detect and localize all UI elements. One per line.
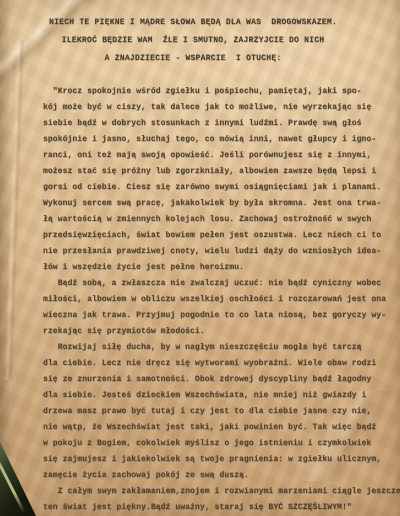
text-line: się zajmujesz i jakiekolwiek są twoje pr… <box>43 452 395 468</box>
text-line: ranci, oni też mają swoją opowieść. Jeśl… <box>43 148 395 164</box>
text-line: dla ciebie. Lecz nie dręcz się wytworami… <box>43 356 395 372</box>
text-line: Wykonuj sercem swą pracę, jakakolwiek by… <box>43 196 395 212</box>
text-line: w pokoju z Bogiem, cokolwiek myślisz o j… <box>43 436 395 452</box>
text-line: gorsi od ciebie. Ciesz się zarówno swymi… <box>43 180 395 196</box>
dark-corner-object <box>0 442 36 516</box>
text-line: się ze znurzenia i samotności. Obok zdro… <box>43 372 395 388</box>
text-line: ten świat jest piękny.Bądź uważny, stara… <box>43 500 395 516</box>
text-line: kój może być w ciszy, tak dalece jak to … <box>43 100 395 116</box>
text-line: spokójnie i jasno, słuchaj tego, co mówi… <box>43 132 395 148</box>
corner-highlight-line <box>0 446 26 513</box>
text-line: Z całym swym zakłamaniem,znojem i rozwia… <box>43 484 395 500</box>
text-line: NIECH TE PIĘKNE I MĄDRE SŁOWA BĘDĄ DLA W… <box>20 14 366 32</box>
text-line: Rozwijaj siłę ducha, by w nagłym nieszcz… <box>43 340 395 356</box>
text-line: łą wartością w zmiennych kolejach losu. … <box>43 212 395 228</box>
typewritten-document-photo: NIECH TE PIĘKNE I MĄDRE SŁOWA BĘDĄ DLA W… <box>0 0 400 516</box>
text-line: nie wątp, że Wszechświat jest taki, jaki… <box>43 420 395 436</box>
text-line: rzekając się przymiotów młodości. <box>43 324 395 340</box>
text-line: łów i wszędzie życie jest pełne heroizmu… <box>43 260 395 276</box>
text-line: nie przesłania prawdziwej cnoty, wielu l… <box>43 244 395 260</box>
text-line: przedsięwzięciach, świat bowiem pełen je… <box>43 228 395 244</box>
text-line: siebie bądź w dobrych stosunkach z innym… <box>43 116 395 132</box>
text-line: zamęcie życia zachowaj pokój ze swą dusz… <box>43 468 395 484</box>
crease-mark <box>1 40 27 380</box>
document-heading: NIECH TE PIĘKNE I MĄDRE SŁOWA BĘDĄ DLA W… <box>20 14 366 68</box>
text-line: A ZNAJDZIECIE - WSPARCIE I OTUCHĘ: <box>20 50 366 68</box>
text-line: dla siebie. Jesteś dzieckiem Wszechświat… <box>43 388 395 404</box>
text-line: wieczna jak trawa. Przyjmuj pogodnie to … <box>43 308 395 324</box>
text-line: miłości, albowiem w obliczu wszelkiej os… <box>43 292 395 308</box>
desiderata-poem-text: "Krocz spokojnie wśród zgiełku i pośpiec… <box>43 84 395 516</box>
text-line: "Krocz spokojnie wśród zgiełku i pośpiec… <box>43 84 395 100</box>
text-line: Bądź sobą, a zwłaszcza nie zwalczaj uczu… <box>43 276 395 292</box>
text-line: drzewa masz prawo być tutaj i czy jest t… <box>43 404 395 420</box>
text-line: możesz stać się próżny lub zgorzkniały, … <box>43 164 395 180</box>
text-line: ILEKROĆ BĘDZIE WAM ŹLE I SMUTNO, ZAJRZYJ… <box>20 32 366 50</box>
